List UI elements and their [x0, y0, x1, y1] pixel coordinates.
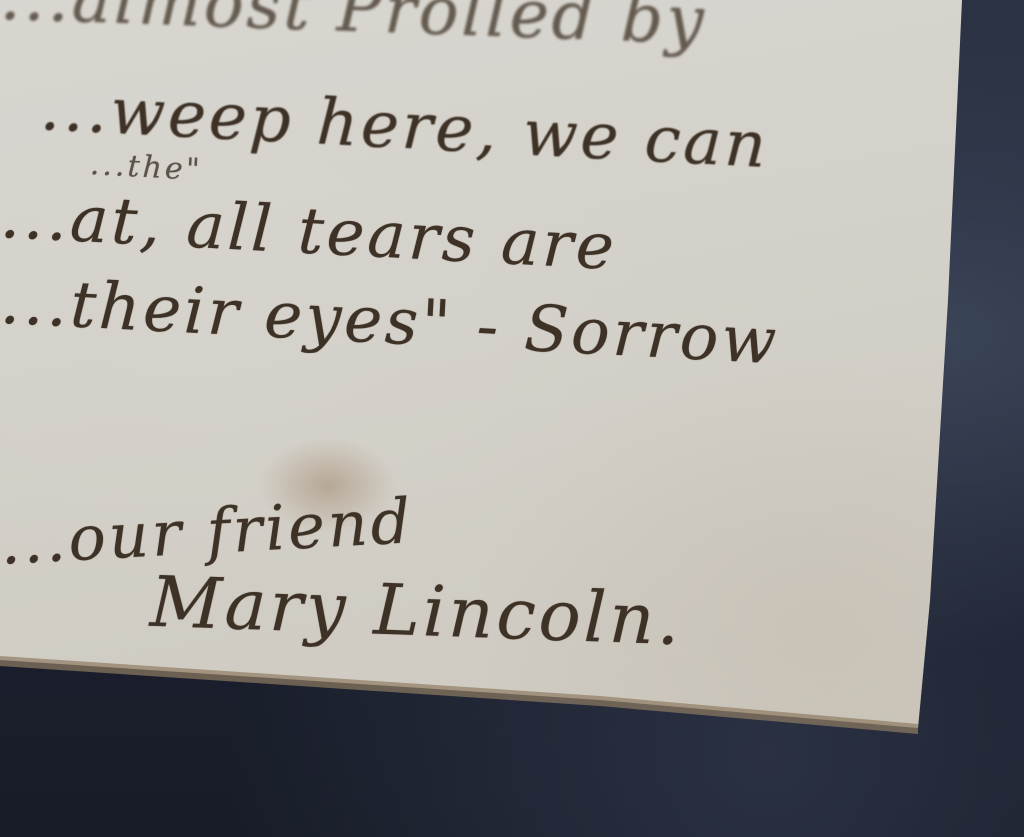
- signature: Mary Lincoln.: [149, 561, 684, 662]
- handwritten-line-4: ...their eyes" - Sorrow: [0, 265, 781, 380]
- handwritten-insertion: ...the": [89, 147, 203, 188]
- handwritten-line-1: ...almost Prolled by: [0, 0, 708, 59]
